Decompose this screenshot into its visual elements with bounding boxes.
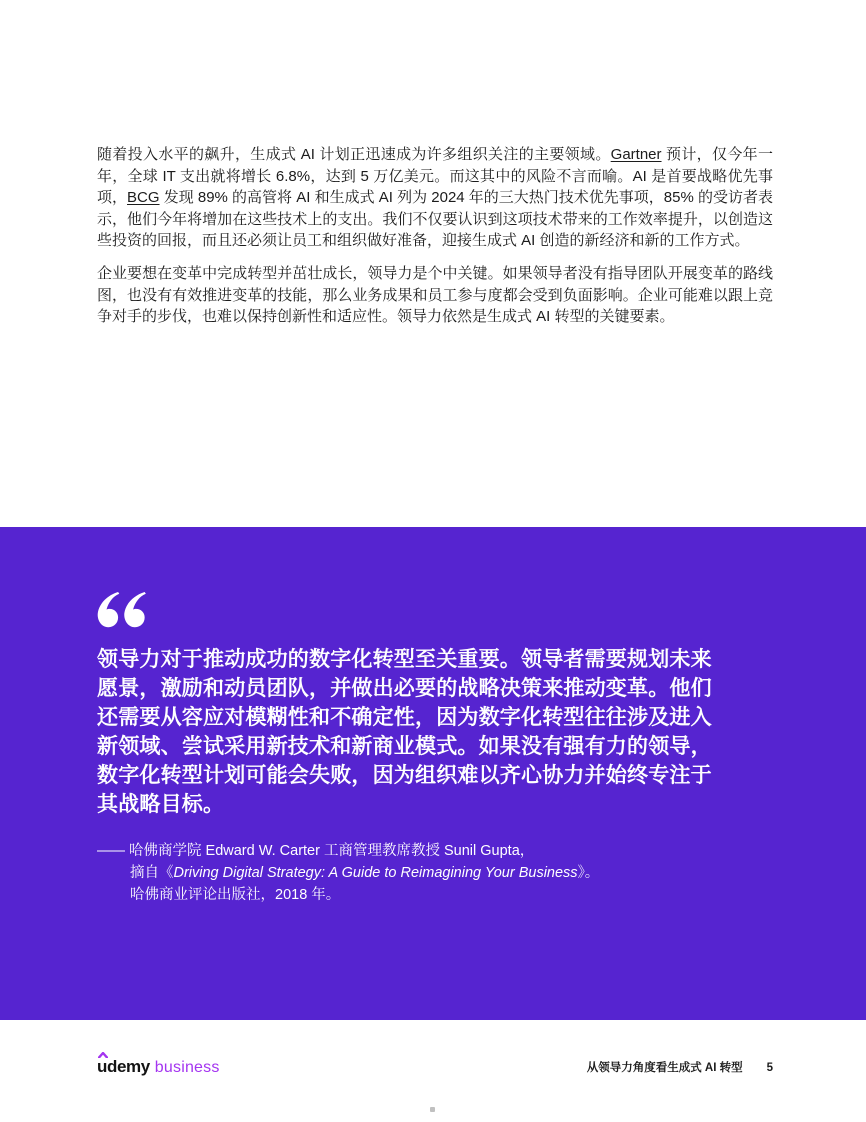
open-quote-icon bbox=[97, 591, 147, 629]
footer-page-number: 5 bbox=[767, 1062, 773, 1074]
attribution-dash: —— bbox=[97, 840, 124, 862]
attribution-line-3: 哈佛商业评论出版社，2018 年。 bbox=[97, 884, 726, 906]
intro-paragraph-1: 随着投入水平的飙升，生成式 AI 计划正迅速成为许多组织关注的主要领域。Gart… bbox=[97, 144, 773, 252]
paragraph-text: 发现 89% 的高管将 AI 和生成式 AI 列为 2024 年的三大热门技术优… bbox=[97, 189, 773, 249]
udemy-wordmark: udemy bbox=[97, 1057, 150, 1077]
intro-section: 随着投入水平的飙升，生成式 AI 计划正迅速成为许多组织关注的主要领域。Gart… bbox=[97, 144, 773, 339]
intro-paragraph-2: 企业要想在变革中完成转型并茁壮成长，领导力是个中关键。如果领导者没有指导团队开展… bbox=[97, 263, 773, 328]
business-wordmark: business bbox=[155, 1059, 220, 1077]
document-page: 随着投入水平的飙升，生成式 AI 计划正迅速成为许多组织关注的主要领域。Gart… bbox=[0, 0, 866, 1122]
page-artifact-dot bbox=[430, 1107, 435, 1112]
footer-right: 从领导力角度看生成式 AI 转型 5 bbox=[587, 1059, 773, 1075]
attribution-author: 哈佛商学院 Edward W. Carter 工商管理教席教授 Sunil Gu… bbox=[129, 840, 534, 862]
udemy-business-logo: udemy business bbox=[97, 1057, 220, 1077]
bcg-link[interactable]: BCG bbox=[127, 189, 160, 206]
quote-text: 领导力对于推动成功的数字化转型至关重要。领导者需要规划未来愿景，激励和动员团队，… bbox=[97, 645, 729, 819]
paragraph-text: 随着投入水平的飙升，生成式 AI 计划正迅速成为许多组织关注的主要领域。 bbox=[97, 146, 611, 163]
attribution-source-prefix: 摘自《 bbox=[130, 865, 174, 881]
attribution-source-suffix: 》。 bbox=[578, 865, 600, 881]
book-title: Driving Digital Strategy: A Guide to Rei… bbox=[174, 865, 578, 881]
logo-caret-icon bbox=[98, 1052, 108, 1058]
footer-doc-title: 从领导力角度看生成式 AI 转型 bbox=[587, 1059, 743, 1075]
page-footer: udemy business 从领导力角度看生成式 AI 转型 5 bbox=[97, 1055, 773, 1079]
gartner-link[interactable]: Gartner bbox=[611, 146, 662, 163]
attribution-line-2: 摘自《Driving Digital Strategy: A Guide to … bbox=[97, 862, 726, 884]
udemy-wordmark-text: udemy bbox=[97, 1057, 150, 1076]
attribution-line-1: —— 哈佛商学院 Edward W. Carter 工商管理教席教授 Sunil… bbox=[97, 840, 726, 862]
quote-band: 领导力对于推动成功的数字化转型至关重要。领导者需要规划未来愿景，激励和动员团队，… bbox=[0, 527, 866, 1020]
quote-attribution: —— 哈佛商学院 Edward W. Carter 工商管理教席教授 Sunil… bbox=[97, 840, 726, 906]
